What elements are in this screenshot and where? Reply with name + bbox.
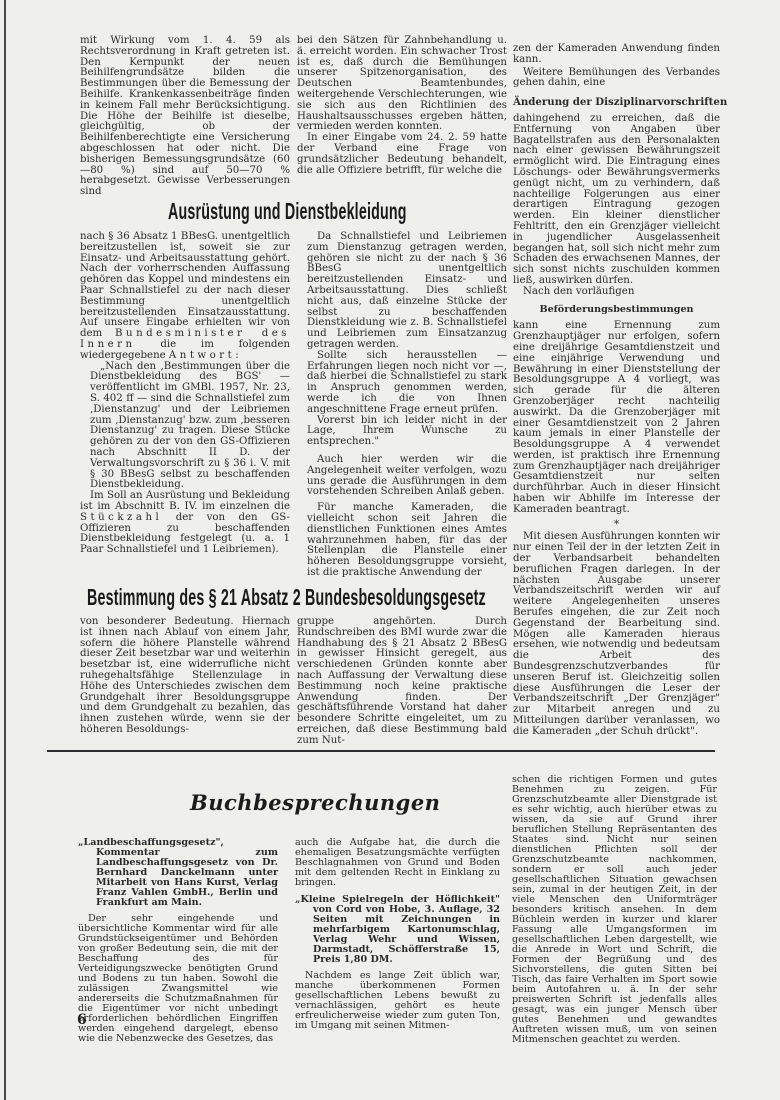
paragraph: kann eine Ernennung zum Grenzhauptjäger …: [513, 321, 720, 515]
section-heading-reviews: Buchbesprechungen: [190, 790, 440, 815]
equipment-column-2: Da Schnallstiefel und Leibriemen zum Die…: [307, 232, 507, 579]
subheading-promotion: Beförderungsbestimmungen: [513, 305, 720, 316]
article-column-2-top: bei den Sätzen für Zahnbehandlung u. ä. …: [297, 36, 507, 176]
equipment-column-1: nach § 36 Absatz 1 BBesG. unentgeltlich …: [80, 232, 290, 556]
paragraph: Da Schnallstiefel und Leibriemen zum Die…: [307, 232, 507, 351]
paragraph: von besonderer Bedeutung. Hiernach ist i…: [80, 617, 290, 736]
review-column-3: schen die richtigen Formen und gutes Ben…: [512, 775, 717, 1045]
paragraph: mit Wirkung vom 1. 4. 59 als Rechtsveror…: [80, 36, 290, 198]
paragraph: Vorerst bin ich leider nicht in der Lage…: [307, 416, 507, 448]
paragraph: Der sehr eingehende und übersichtliche K…: [78, 914, 278, 1044]
paragraph: schen die richtigen Formen und gutes Ben…: [512, 775, 717, 1045]
paragraph: Sollte sich herausstellen — Erfahrungen …: [307, 351, 507, 416]
spaced-emphasis: Antwort:: [169, 350, 242, 361]
paragraph: Weitere Bemühungen des Verbandes gehen d…: [513, 68, 720, 90]
paragraph: Im Soll an Ausrüstung und Bekleidung ist…: [80, 491, 290, 556]
paragraph: Nachdem es lange Zeit üblich war, manche…: [295, 971, 500, 1031]
section-separator-star: *: [513, 520, 720, 531]
paragraph: Nach den vorläufigen: [513, 287, 720, 298]
paragraph: bei den Sätzen für Zahnbehandlung u. ä. …: [297, 36, 507, 133]
paragraph: dahingehend zu erreichen, daß die Entfer…: [513, 114, 720, 287]
article-column-1-top: mit Wirkung vom 1. 4. 59 als Rechtsveror…: [80, 36, 290, 198]
section21-column-1: von besonderer Bedeutung. Hiernach ist i…: [80, 617, 290, 736]
book-title-2: „Kleine Spielregeln der Höflichkeit" von…: [295, 895, 500, 965]
subheading-discipline: Änderung der Disziplinarvorschriften: [513, 97, 720, 108]
section21-column-2: gruppe angehörten. Durch Rundschreiben d…: [297, 617, 507, 747]
book-title-1: „Landbeschaffungsgesetz", Kommentar zum …: [78, 838, 278, 908]
spaced-emphasis: Stückzahl: [80, 512, 162, 523]
scan-edge: [4, 0, 6, 1100]
paragraph: In einer Eingabe vom 24. 2. 59 hatte der…: [297, 133, 507, 176]
paragraph: auch die Aufgabe hat, die durch die ehem…: [295, 838, 500, 888]
paragraph: Für manche Kameraden, die vielleicht sch…: [307, 503, 507, 579]
horizontal-divider: [47, 750, 715, 752]
quoted-answer: „Nach den ‚Bestimmungen über die Dienstb…: [80, 362, 290, 492]
paragraph: Mit diesen Ausführungen konnten wir nur …: [513, 532, 720, 737]
paragraph: gruppe angehörten. Durch Rundschreiben d…: [297, 617, 507, 747]
paragraph: zen der Kameraden Anwendung finden kann.: [513, 44, 720, 66]
paragraph: Auch hier werden wir die Angelegenheit w…: [307, 455, 507, 498]
article-column-3: zen der Kameraden Anwendung finden kann.…: [513, 44, 720, 738]
page-number: 6: [77, 1012, 87, 1028]
section-heading-equipment: Ausrüstung und Dienstbekleidung: [168, 198, 407, 225]
section-heading-section21: Bestimmung des § 21 Absatz 2 Bundesbesol…: [87, 584, 486, 611]
review-column-2: auch die Aufgabe hat, die durch die ehem…: [295, 838, 500, 1031]
review-column-1: „Landbeschaffungsgesetz", Kommentar zum …: [78, 838, 278, 1044]
paragraph: nach § 36 Absatz 1 BBesG. unentgeltlich …: [80, 232, 290, 362]
